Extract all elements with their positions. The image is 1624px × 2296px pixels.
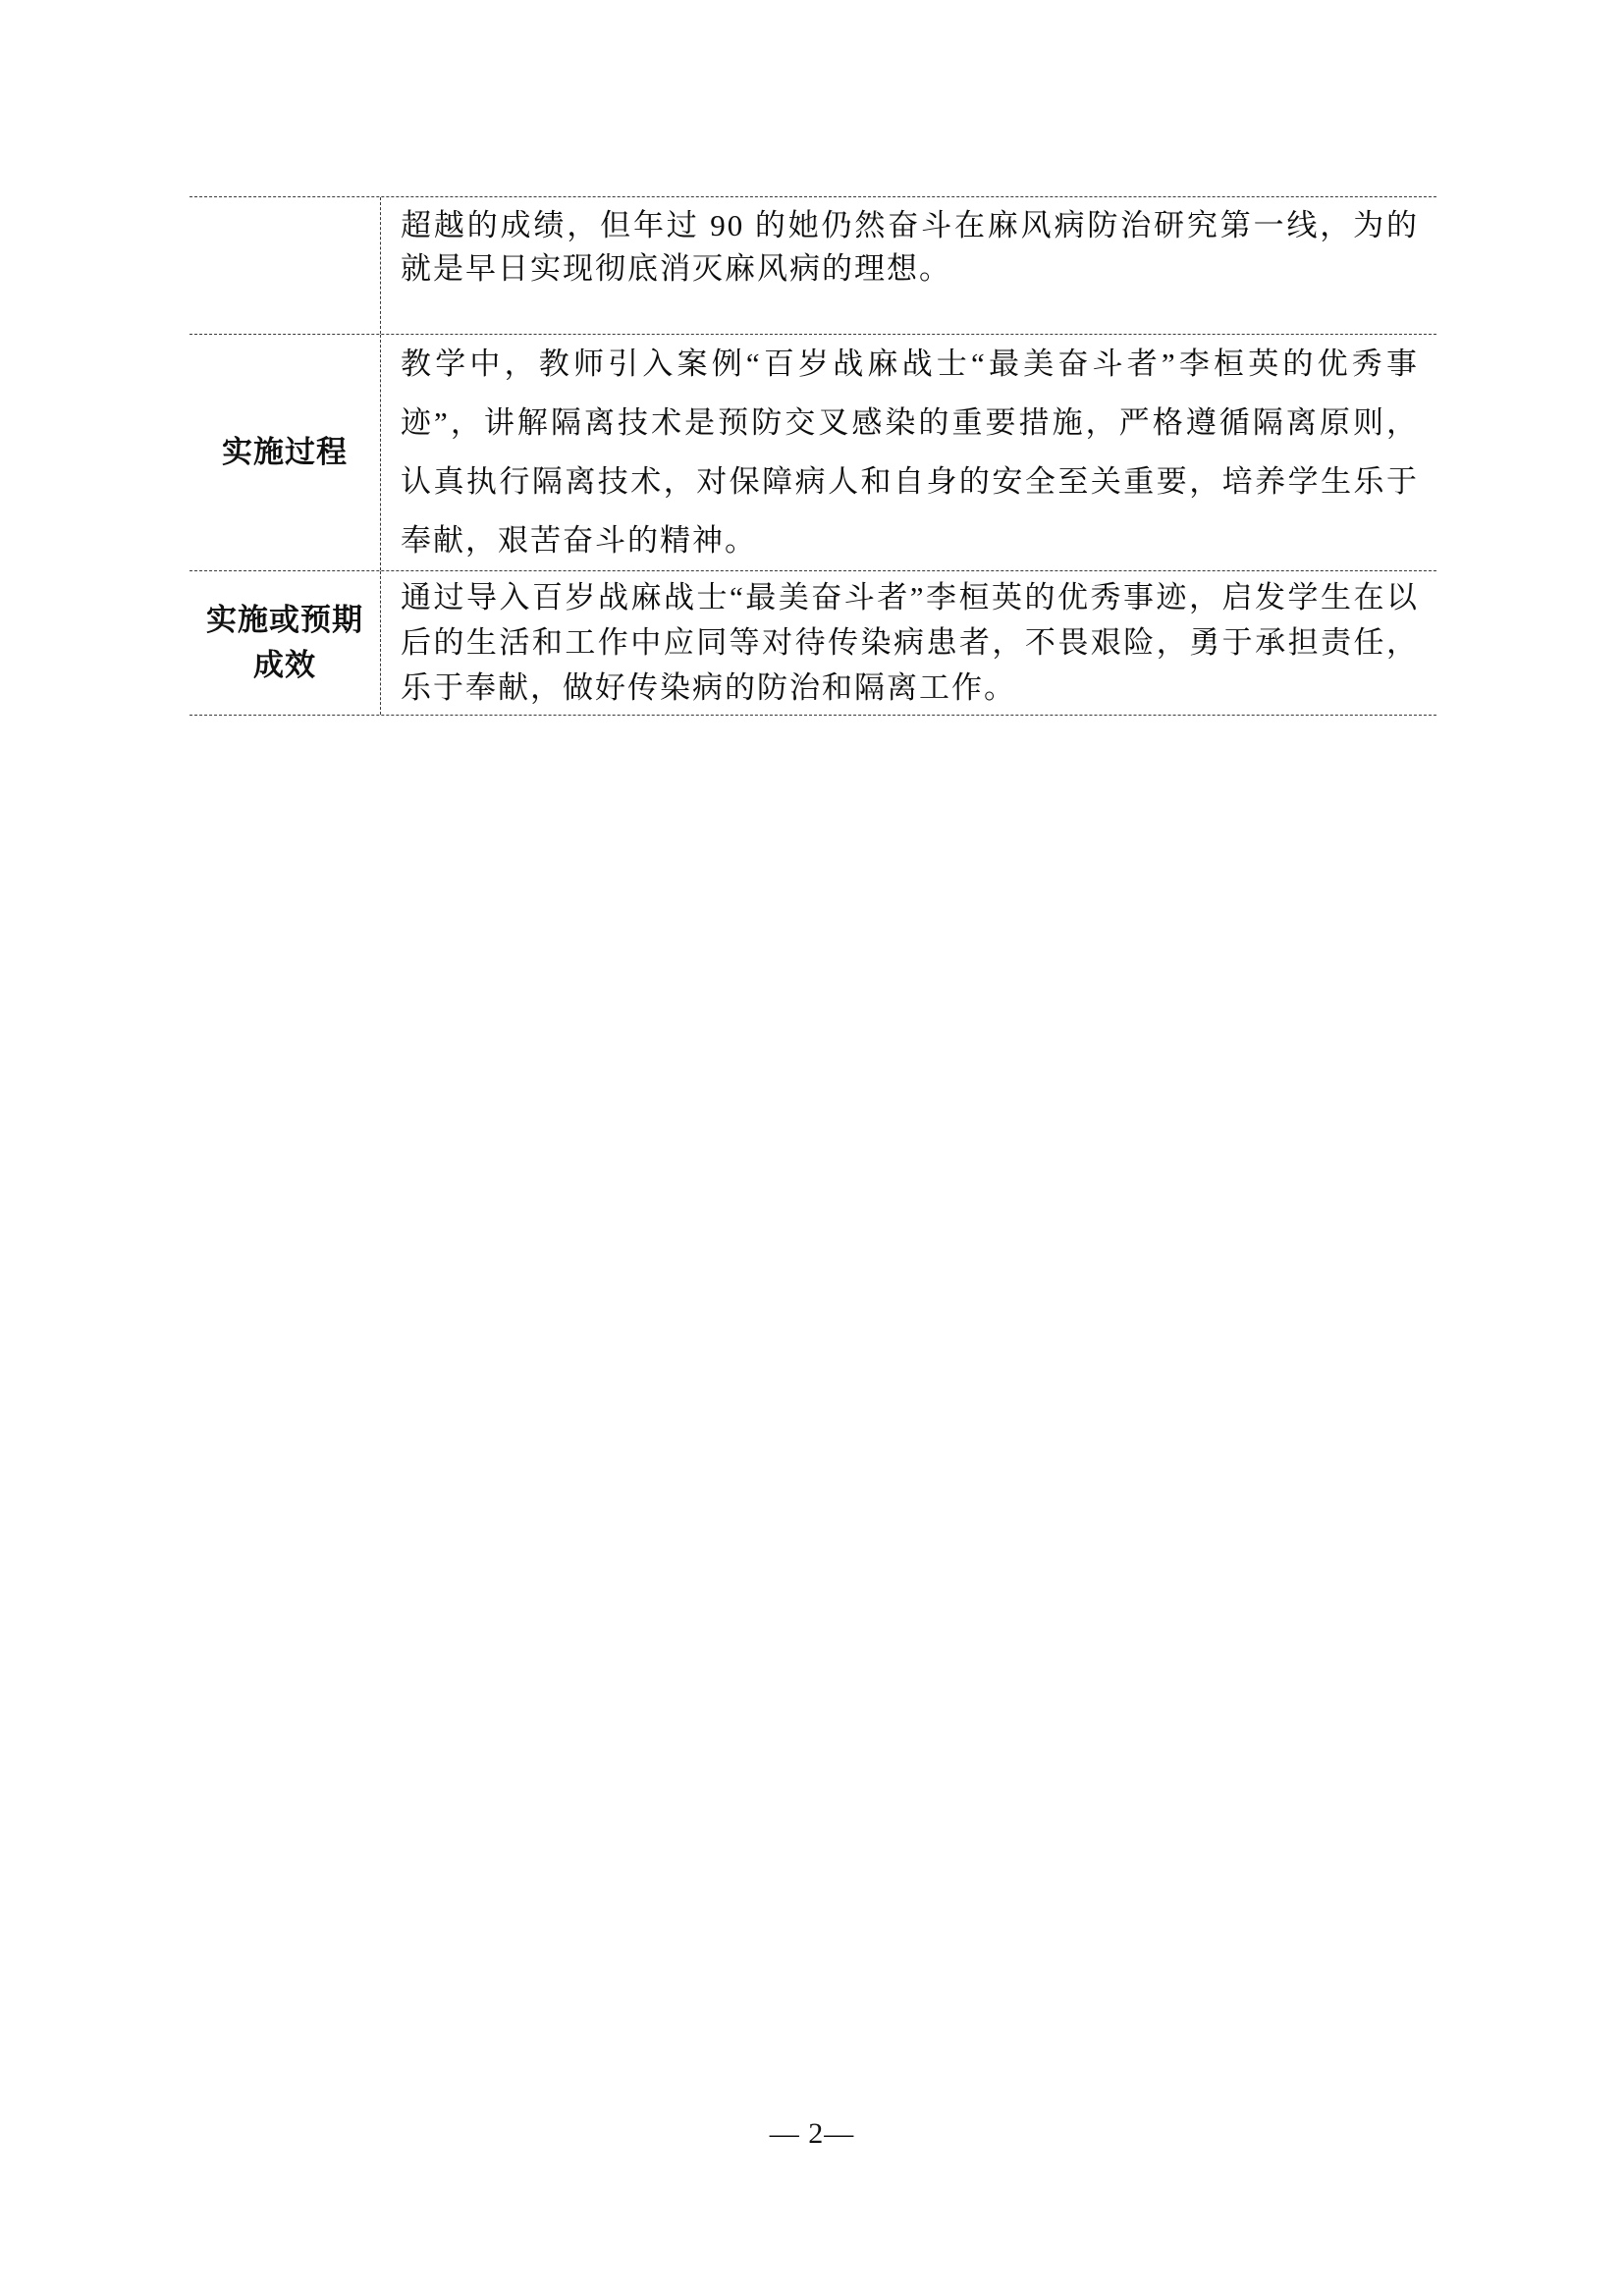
- row-header-text-line1: 实施或预期: [206, 598, 363, 643]
- row-content-text: 超越的成绩，但年过 90 的她仍然奋斗在麻风病防治研究第一线，为的就是早日实现彻…: [401, 208, 1419, 286]
- table-row-implementation-process: 实施过程 教学中，教师引入案例“百岁战麻战士“最美奋斗者”李桓英的优秀事迹”，讲…: [189, 334, 1436, 570]
- page-number: — 2—: [0, 2116, 1624, 2152]
- table-row-expected-results: 实施或预期 成效 通过导入百岁战麻战士“最美奋斗者”李桓英的优秀事迹，启发学生在…: [189, 570, 1436, 715]
- row-content-text: 通过导入百岁战麻战士“最美奋斗者”李桓英的优秀事迹，启发学生在以后的生活和工作中…: [401, 580, 1419, 705]
- table-row-continuation: 超越的成绩，但年过 90 的她仍然奋斗在麻风病防治研究第一线，为的就是早日实现彻…: [189, 197, 1436, 334]
- row-header-text-line2: 成效: [253, 643, 316, 688]
- row-content-cell: 通过导入百岁战麻战士“最美奋斗者”李桓英的优秀事迹，启发学生在以后的生活和工作中…: [381, 571, 1436, 715]
- row-header-cell: 实施或预期 成效: [189, 571, 381, 715]
- document-page: 超越的成绩，但年过 90 的她仍然奋斗在麻风病防治研究第一线，为的就是早日实现彻…: [0, 0, 1624, 2296]
- row-content-cell: 教学中，教师引入案例“百岁战麻战士“最美奋斗者”李桓英的优秀事迹”，讲解隔离技术…: [381, 335, 1436, 570]
- row-content-cell: 超越的成绩，但年过 90 的她仍然奋斗在麻风病防治研究第一线，为的就是早日实现彻…: [381, 197, 1436, 334]
- row-content-text: 教学中，教师引入案例“百岁战麻战士“最美奋斗者”李桓英的优秀事迹”，讲解隔离技术…: [401, 347, 1419, 558]
- teaching-case-table: 超越的成绩，但年过 90 的她仍然奋斗在麻风病防治研究第一线，为的就是早日实现彻…: [189, 196, 1436, 716]
- row-header-cell: 实施过程: [189, 335, 381, 570]
- row-header-text: 实施过程: [222, 430, 348, 475]
- row-header-cell-empty: [189, 197, 381, 334]
